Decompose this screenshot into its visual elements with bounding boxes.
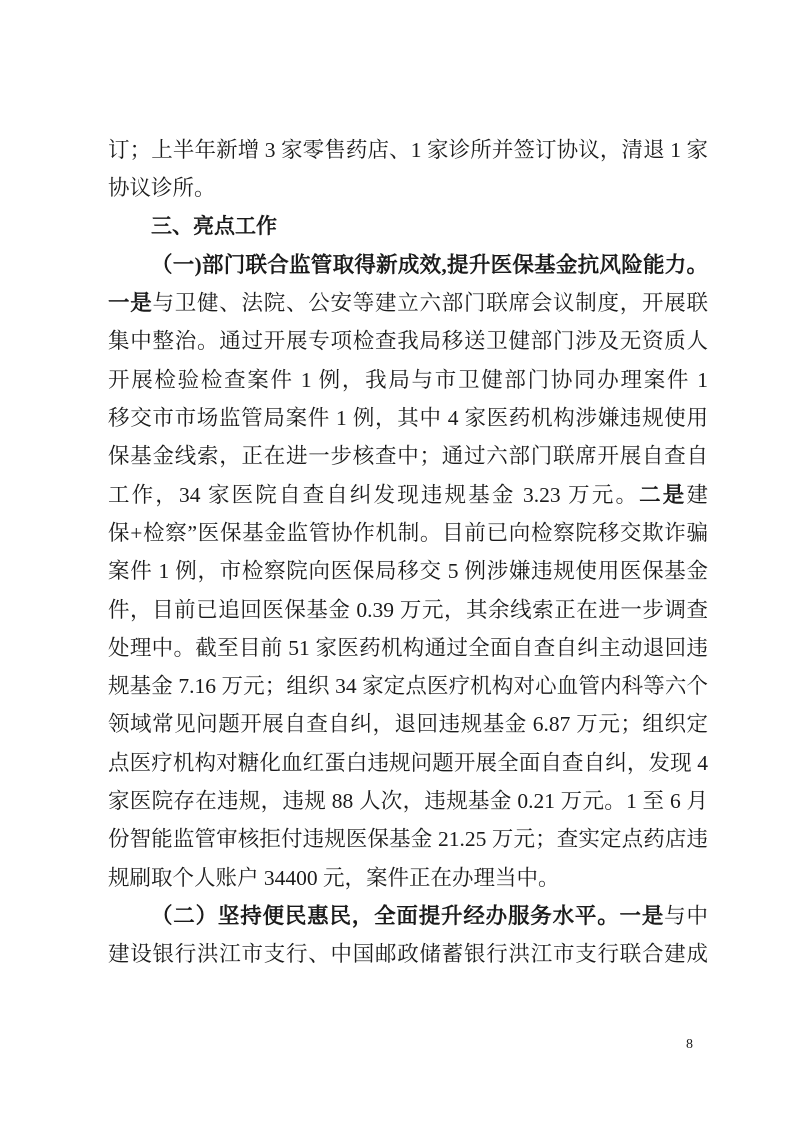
- text-segment: 案件 1 例，市检察院向医保局移交 5 例涉嫌违规使用医保基金案: [108, 559, 708, 590]
- text-line: 订；上半年新增 3 家零售药店、1 家诊所并签订协议，清退 1 家: [108, 131, 708, 169]
- text-segment-bold: （二）坚持便民惠民，全面提升经办服务水平。一是: [151, 904, 664, 928]
- text-segment-bold: 三、亮点工作: [151, 215, 277, 238]
- text-segment: 保基金线索，正在进一步核查中；通过六部门联席开展自查自纠: [108, 444, 708, 475]
- text-segment: 保+检察”医保基金监管协作机制。目前已向检察院移交欺诈骗保: [108, 521, 708, 552]
- text-line: 工作，34 家医院自查自纠发现违规基金 3.23 万元。二是建立“医: [108, 476, 708, 514]
- text-line: 家医院存在违规，违规 88 人次，违规基金 0.21 万元。1 至 6 月: [108, 782, 708, 820]
- text-line: 开展检验检查案件 1 例，我局与市卫健部门协同办理案件 1 例，: [108, 361, 708, 399]
- text-segment: 订；上半年新增 3 家零售药店、1 家诊所并签订协议，清退 1 家: [108, 138, 708, 162]
- text-line: （一)部门联合监管取得新成效,提升医保基金抗风险能力。: [108, 246, 708, 284]
- text-line: 件，目前已追回医保基金 0.39 万元，其余线索正在进一步调查: [108, 591, 708, 629]
- text-segment: 移交市市场监管局案件 1 例，其中 4 家医药机构涉嫌违规使用医: [108, 406, 708, 437]
- document-page: 订；上半年新增 3 家零售药店、1 家诊所并签订协议，清退 1 家协议诊所。三、…: [0, 0, 793, 1122]
- text-line: 规刷取个人账户 34400 元，案件正在办理当中。: [108, 859, 708, 897]
- text-line: 集中整治。通过开展专项检查我局移送卫健部门涉及无资质人员: [108, 322, 708, 360]
- text-segment: 开展检验检查案件 1 例，我局与市卫健部门协同办理案件 1 例，: [108, 368, 708, 399]
- text-segment: 协议诊所。: [108, 176, 216, 200]
- text-block: 订；上半年新增 3 家零售药店、1 家诊所并签订协议，清退 1 家协议诊所。三、…: [108, 131, 708, 974]
- text-segment: 集中整治。通过开展专项检查我局移送卫健部门涉及无资质人员: [108, 329, 708, 360]
- text-line: 规基金 7.16 万元；组织 34 家定点医疗机构对心血管内科等六个: [108, 667, 708, 705]
- text-line: 保基金线索，正在进一步核查中；通过六部门联席开展自查自纠: [108, 437, 708, 475]
- text-segment: 与卫健、法院、公安等建立六部门联席会议制度，开展联合: [108, 291, 708, 322]
- text-line: 保+检察”医保基金监管协作机制。目前已向检察院移交欺诈骗保: [108, 514, 708, 552]
- text-segment: 家医院存在违规，违规 88 人次，违规基金 0.21 万元。1 至 6 月: [108, 789, 708, 813]
- text-segment: 件，目前已追回医保基金 0.39 万元，其余线索正在进一步调查: [108, 598, 708, 622]
- text-line: 协议诊所。: [108, 169, 708, 207]
- text-line: 点医疗机构对糖化血红蛋白违规问题开展全面自查自纠，发现 4: [108, 744, 708, 782]
- text-segment: 处理中。截至目前 51 家医药机构通过全面自查自纠主动退回违: [108, 636, 708, 660]
- text-line: 一是与卫健、法院、公安等建立六部门联席会议制度，开展联合: [108, 284, 708, 322]
- text-segment: 建设银行洪江市支行、中国邮政储蓄银行洪江市支行联合建成医: [108, 942, 708, 973]
- text-line: 份智能监管审核拒付违规医保基金 21.25 万元；查实定点药店违: [108, 820, 708, 858]
- text-segment-bold: 一是: [108, 291, 153, 315]
- text-line: 处理中。截至目前 51 家医药机构通过全面自查自纠主动退回违: [108, 629, 708, 667]
- text-segment-bold: 二是: [639, 483, 686, 507]
- text-segment: 领域常见问题开展自查自纠，退回违规基金 6.87 万元；组织定: [108, 712, 708, 736]
- text-line: 三、亮点工作: [108, 208, 708, 246]
- text-segment: 份智能监管审核拒付违规医保基金 21.25 万元；查实定点药店违: [108, 827, 708, 851]
- text-line: （二）坚持便民惠民，全面提升经办服务水平。一是与中国: [108, 897, 708, 935]
- text-line: 案件 1 例，市检察院向医保局移交 5 例涉嫌违规使用医保基金案: [108, 552, 708, 590]
- text-line: 领域常见问题开展自查自纠，退回违规基金 6.87 万元；组织定: [108, 705, 708, 743]
- text-line: 移交市市场监管局案件 1 例，其中 4 家医药机构涉嫌违规使用医: [108, 399, 708, 437]
- text-line: 建设银行洪江市支行、中国邮政储蓄银行洪江市支行联合建成医: [108, 935, 708, 973]
- text-segment: 规刷取个人账户 34400 元，案件正在办理当中。: [108, 866, 560, 890]
- text-segment-bold: （一)部门联合监管取得新成效,提升医保基金抗风险能力。: [151, 253, 708, 277]
- page-number: 8: [686, 1036, 693, 1054]
- text-segment: 规基金 7.16 万元；组织 34 家定点医疗机构对心血管内科等六个: [108, 674, 708, 698]
- text-segment: 工作，34 家医院自查自纠发现违规基金 3.23 万元。: [108, 483, 639, 507]
- text-segment: 点医疗机构对糖化血红蛋白违规问题开展全面自查自纠，发现 4: [108, 751, 708, 775]
